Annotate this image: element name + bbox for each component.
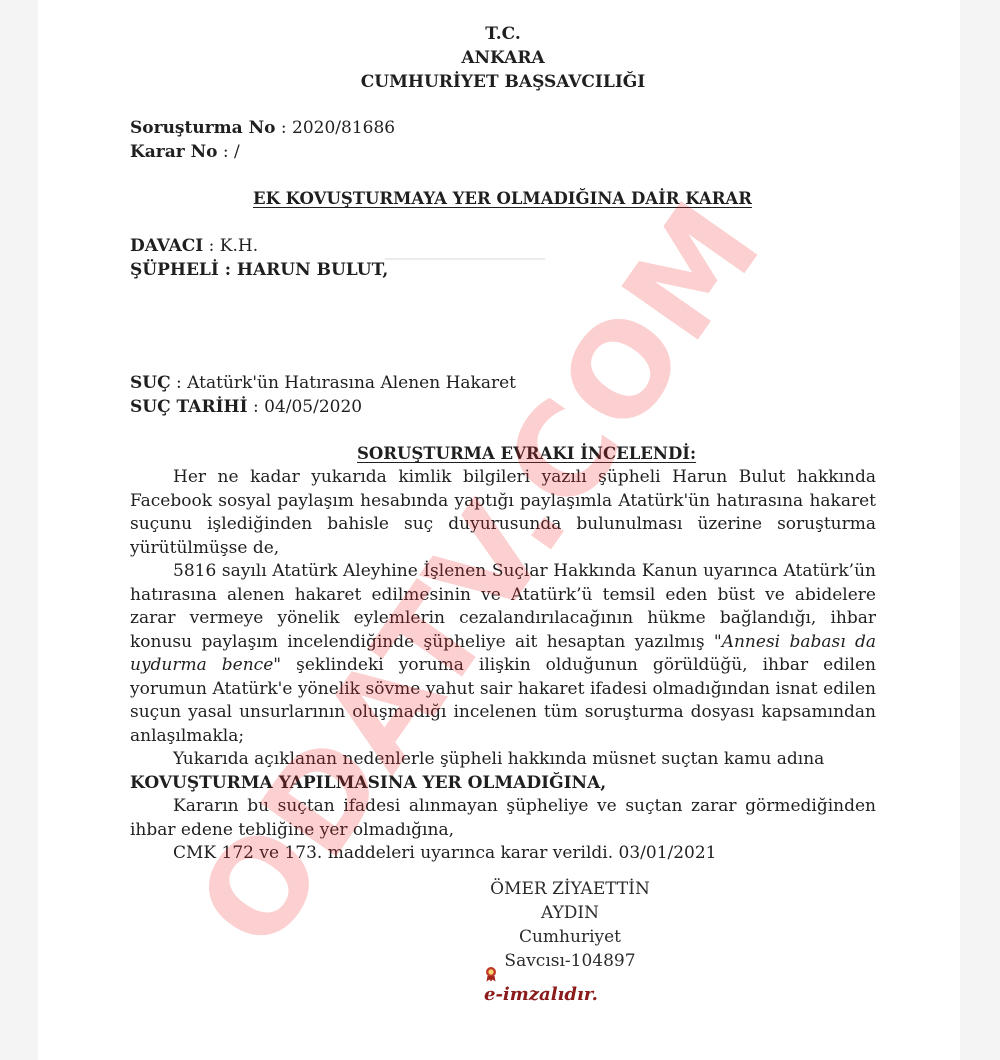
section-heading: SORUŞTURMA EVRAKI İNCELENDİ:	[357, 442, 696, 466]
header-office: CUMHURİYET BAŞSAVCILIĞI	[130, 71, 876, 95]
paragraph-4: Kararın bu suçtan ifadesi alınmayan şüph…	[130, 795, 876, 842]
signer-name-1: ÖMER ZİYAETTİN	[470, 877, 670, 901]
e-signature-seal	[484, 966, 498, 982]
decision-number-value: : /	[223, 142, 240, 162]
signer-title-2: Savcısı-104897	[470, 949, 670, 973]
signature-block: ÖMER ZİYAETTİN AYDIN Cumhuriyet Savcısı-…	[470, 877, 670, 973]
signer-title-1: Cumhuriyet	[470, 925, 670, 949]
decision-number: Karar No : /	[130, 141, 240, 165]
investigation-number-value: : 2020/81686	[281, 118, 395, 138]
decision-statement: KOVUŞTURMA YAPILMASINA YER OLMADIĞINA,	[130, 772, 876, 796]
plaintiff: DAVACI : K.H.	[130, 235, 258, 259]
crime-value: : Atatürk'ün Hatırasına Alenen Hakaret	[176, 373, 516, 393]
plaintiff-value: : K.H.	[209, 236, 258, 256]
investigation-number-label: Soruşturma No	[130, 118, 275, 138]
paragraph-5: CMK 172 ve 173. maddeleri uyarınca karar…	[130, 842, 876, 866]
suspect-value: : HARUN BULUT,	[225, 260, 389, 280]
crime-date-label: SUÇ TARİHİ	[130, 397, 248, 417]
suspect-label: ŞÜPHELİ	[130, 260, 219, 280]
seal-icon	[484, 966, 498, 982]
crime: SUÇ : Atatürk'ün Hatırasına Alenen Hakar…	[130, 372, 516, 396]
crime-date-value: : 04/05/2020	[253, 397, 362, 417]
decision-body: Her ne kadar yukarıda kimlik bilgileri y…	[130, 466, 876, 866]
plaintiff-label: DAVACI	[130, 236, 203, 256]
crime-label: SUÇ	[130, 373, 171, 393]
header-tc: T.C.	[130, 23, 876, 47]
document-page: T.C. ANKARA CUMHURİYET BAŞSAVCILIĞI Soru…	[0, 0, 1000, 1060]
decision-number-label: Karar No	[130, 142, 218, 162]
investigation-number: Soruşturma No : 2020/81686	[130, 117, 395, 141]
e-signed-label: e-imzalıdır.	[484, 984, 598, 1005]
signer-name-2: AYDIN	[470, 901, 670, 925]
redacted-area	[385, 258, 545, 260]
crime-date: SUÇ TARİHİ : 04/05/2020	[130, 396, 362, 420]
paragraph-3: Yukarıda açıklanan nedenlerle şüpheli ha…	[130, 748, 876, 772]
suspect: ŞÜPHELİ : HARUN BULUT,	[130, 259, 388, 283]
paragraph-2: 5816 sayılı Atatürk Aleyhine İşlenen Suç…	[130, 560, 876, 748]
document-title: EK KOVUŞTURMAYA YER OLMADIĞINA DAİR KARA…	[253, 187, 752, 211]
paragraph-1: Her ne kadar yukarıda kimlik bilgileri y…	[130, 466, 876, 560]
header-city: ANKARA	[130, 47, 876, 71]
